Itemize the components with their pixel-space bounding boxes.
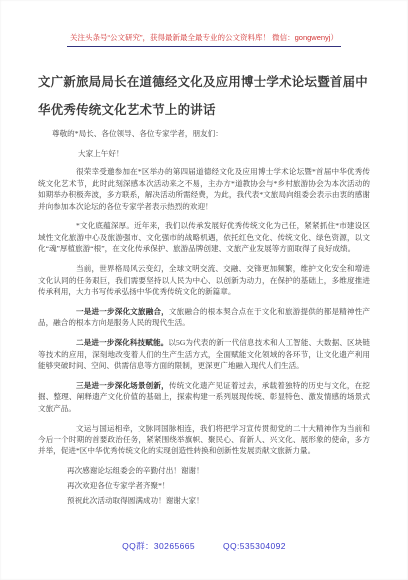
promo-header: 关注头条号“公文研究”，获得最新最全最专业的公文资料库！ 微信：gongweny… (0, 0, 408, 47)
paragraph-salutation: 尊敬的*局长、各位领导、各位专家学者，朋友们： (38, 128, 370, 139)
salutation-text: 尊敬的*局长、各位领导、各位专家学者，朋友们： (52, 129, 223, 138)
paragraph-greeting: 大家上午好！ (38, 148, 370, 159)
promo-header-text: 关注头条号“公文研究”，获得最新最全最专业的公文资料库！ 微信：gongweny… (67, 33, 341, 47)
qq-number: QQ:535304092 (223, 541, 286, 551)
paragraph-point-1: 一是进一步深化文旅融合，文旅融合的根本契合点在于文化和旅游提供的都是精神性产品，… (38, 306, 370, 329)
closing-line-welcome: 再次欢迎各位专家学者齐聚*！ (38, 480, 370, 491)
point-2-lead: 二是进一步深化科技赋能。 (76, 338, 168, 347)
paragraph-point-2: 二是进一步深化科技赋能。以5G为代表的新一代信息技术和人工智能、大数据、区块链等… (38, 337, 370, 371)
paragraph-text: 当前，世界格局风云变幻，全球文明交流、交融、交锋更加频繁，维护文化安全和增进文化… (38, 264, 370, 296)
contact-footer: QQ群：30265665QQ:535304092 (0, 540, 408, 552)
paragraph-world-situation: 当前，世界格局风云变幻，全球文明交流、交融、交锋更加频繁，维护文化安全和增进文化… (38, 263, 370, 297)
point-1-lead: 一是进一步深化文旅融合， (76, 307, 169, 316)
paragraph-culture-heritage: *文化底蕴深厚。近年来，我们以传承发展好优秀传统文化为己任，紧紧抓住*市建设区域… (38, 220, 370, 254)
closing-text: 再次欢迎各位专家学者齐聚*！ (67, 481, 170, 490)
document-title: 文广新旅局局长在道德经文化及应用博士学术论坛暨首届中华优秀传统文化艺术节上的讲话 (38, 68, 370, 124)
qq-group-number: QQ群：30265665 (122, 541, 195, 551)
paragraph-intro: 很荣幸受邀参加在*区举办的第四届道德经文化及应用博士学术论坛暨*首届中华优秀传统… (38, 166, 370, 212)
paragraph-text: 文运与国运相牵，文脉同国脉相连，我们将把学习宣传贯彻党的二十大精神作为当前和今后… (38, 424, 370, 456)
closing-text: 再次感谢论坛组委会的辛勤付出！谢谢！ (67, 466, 204, 475)
closing-text: 预祝此次活动取得圆满成功！谢谢大家！ (67, 496, 204, 505)
paragraph-conclusion: 文运与国运相牵，文脉同国脉相连，我们将把学习宣传贯彻党的二十大精神作为当前和今后… (38, 423, 370, 457)
greeting-text: 大家上午好！ (78, 149, 124, 158)
paragraph-point-3: 三是进一步深化场景创新，传统文化遗产见证着过去，承载着独特的历史与文化，在挖掘、… (38, 380, 370, 414)
paragraph-text: 很荣幸受邀参加在*区举办的第四届道德经文化及应用博士学术论坛暨*首届中华优秀传统… (38, 167, 370, 210)
paragraph-text: *文化底蕴深厚。近年来，我们以传承发展好优秀传统文化为己任，紧紧抓住*市建设区域… (38, 221, 370, 253)
document-page: 关注头条号“公文研究”，获得最新最全最专业的公文资料库！ 微信：gongweny… (0, 0, 408, 580)
point-3-lead: 三是进一步深化场景创新， (76, 381, 169, 390)
document-body: 尊敬的*局长、各位领导、各位专家学者，朋友们： 大家上午好！ 很荣幸受邀参加在*… (38, 128, 370, 507)
closing-line-thanks: 再次感谢论坛组委会的辛勤付出！谢谢！ (38, 465, 370, 476)
closing-line-wish: 预祝此次活动取得圆满成功！谢谢大家！ (38, 495, 370, 506)
